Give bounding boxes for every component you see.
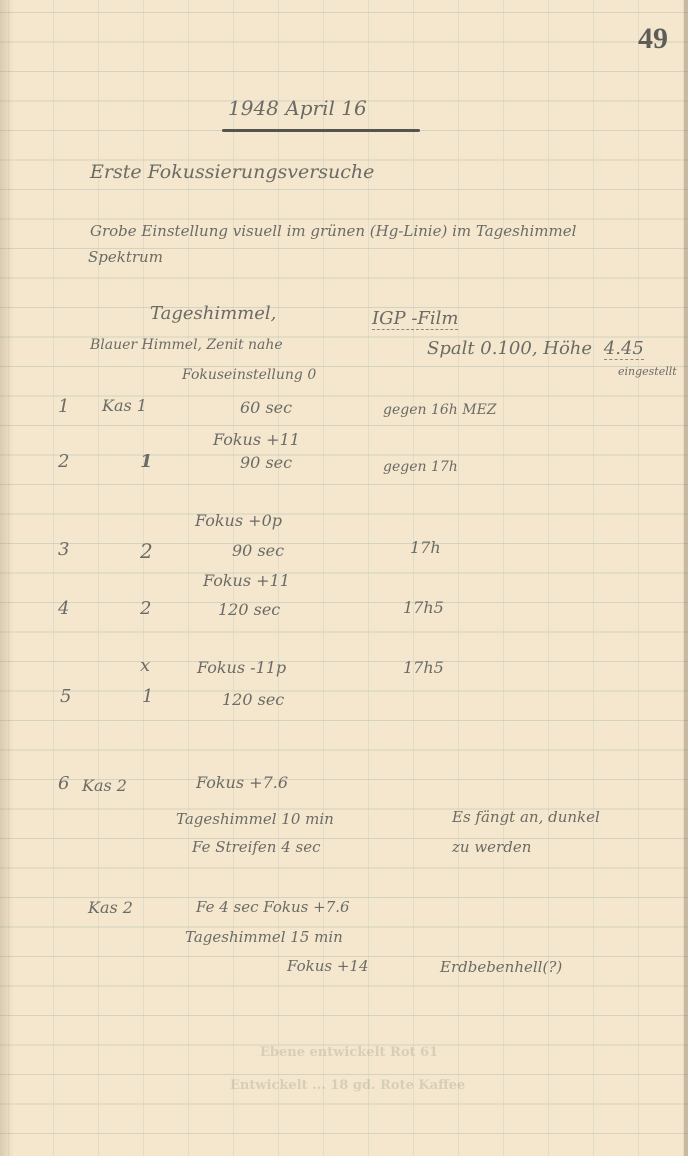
entry-2-number: 2 xyxy=(58,453,69,471)
entry-2-focus: Fokus +11 xyxy=(213,432,300,448)
entry-3-number: 3 xyxy=(58,541,69,559)
entry-5-time: 17h5 xyxy=(403,660,444,676)
section-heading: Erste Fokussierungsversuche xyxy=(90,163,374,182)
intro-line-2: Spektrum xyxy=(88,250,163,265)
entry-3-kas: 2 xyxy=(140,541,153,561)
intro-line-1: Grobe Einstellung visuell im grünen (Hg-… xyxy=(90,224,576,239)
entry-7-line-1: Fe 4 sec Fokus +7.6 xyxy=(196,900,350,915)
entry-2-exposure: 90 sec xyxy=(240,455,292,471)
entry-4-kas: 2 xyxy=(140,600,151,618)
entry-6-number: 6 xyxy=(58,775,69,793)
setup-slit: Spalt 0.100, Höhe 4.45 xyxy=(427,340,644,358)
entry-4-focus: Fokus +11 xyxy=(203,573,290,589)
entry-date: 1948 April 16 xyxy=(228,98,367,118)
entry-6-focus: Fokus +7.6 xyxy=(196,775,288,791)
entry-7-note: Erdbebenhell(?) xyxy=(440,960,562,975)
entry-1-time: gegen 16h MEZ xyxy=(383,403,497,417)
entry-3-exposure: 90 sec xyxy=(232,543,284,559)
entry-2-kas: 1 xyxy=(140,453,153,471)
entry-6-note-2: zu werden xyxy=(452,840,531,855)
entry-7-kas: Kas 2 xyxy=(88,900,133,916)
entry-1-kas: Kas 1 xyxy=(102,398,147,414)
entry-7-line-2: Tageshimmel 15 min xyxy=(185,930,343,945)
height-note: eingestellt xyxy=(618,366,677,377)
slit-label: Spalt 0.100, Höhe xyxy=(427,338,592,359)
entry-3-time: 17h xyxy=(410,540,441,556)
bleed-through-line-2: Entwickelt ... 18 gd. Rote Kaffee xyxy=(230,1078,465,1093)
bleed-through-line-1: Ebene entwickelt Rot 61 xyxy=(260,1045,438,1060)
setup-sky-desc: Blauer Himmel, Zenit nahe xyxy=(90,338,283,352)
entry-6-line-1: Tageshimmel 10 min xyxy=(176,812,334,827)
setup-sky-title: Tageshimmel, xyxy=(150,305,276,323)
entry-1-exposure: 60 sec xyxy=(240,400,292,416)
entry-5-kas: 1 xyxy=(142,688,153,706)
entry-7-line-3: Fokus +14 xyxy=(287,959,369,974)
entry-5-exposure: 120 sec xyxy=(222,692,284,708)
entry-4-time: 17h5 xyxy=(403,600,444,616)
entry-4-exposure: 120 sec xyxy=(218,602,280,618)
date-underline xyxy=(222,129,420,132)
film-name: IGP -Film xyxy=(372,308,458,330)
entry-5-number: 5 xyxy=(60,688,71,706)
setup-focus-setting: Fokuseinstellung 0 xyxy=(182,368,316,382)
entry-6-note-1: Es fängt an, dunkel xyxy=(452,810,600,825)
notebook-page: 49 1948 April 16 Erste Fokussierungsvers… xyxy=(0,0,688,1156)
entry-5-focus: Fokus -11p xyxy=(197,660,286,676)
height-value: 4.45 xyxy=(604,338,644,360)
setup-film: IGP -Film xyxy=(372,310,458,328)
entry-3-focus: Fokus +0p xyxy=(195,513,282,529)
entry-2-time: gegen 17h xyxy=(383,460,458,474)
entry-6-line-2: Fe Streifen 4 sec xyxy=(192,840,321,855)
entry-6-kas: Kas 2 xyxy=(82,778,127,794)
entry-1-number: 1 xyxy=(58,398,69,416)
page-number: 49 xyxy=(638,22,668,56)
entry-4-number: 4 xyxy=(58,600,69,618)
entry-5-kas-mark: x xyxy=(140,657,150,675)
